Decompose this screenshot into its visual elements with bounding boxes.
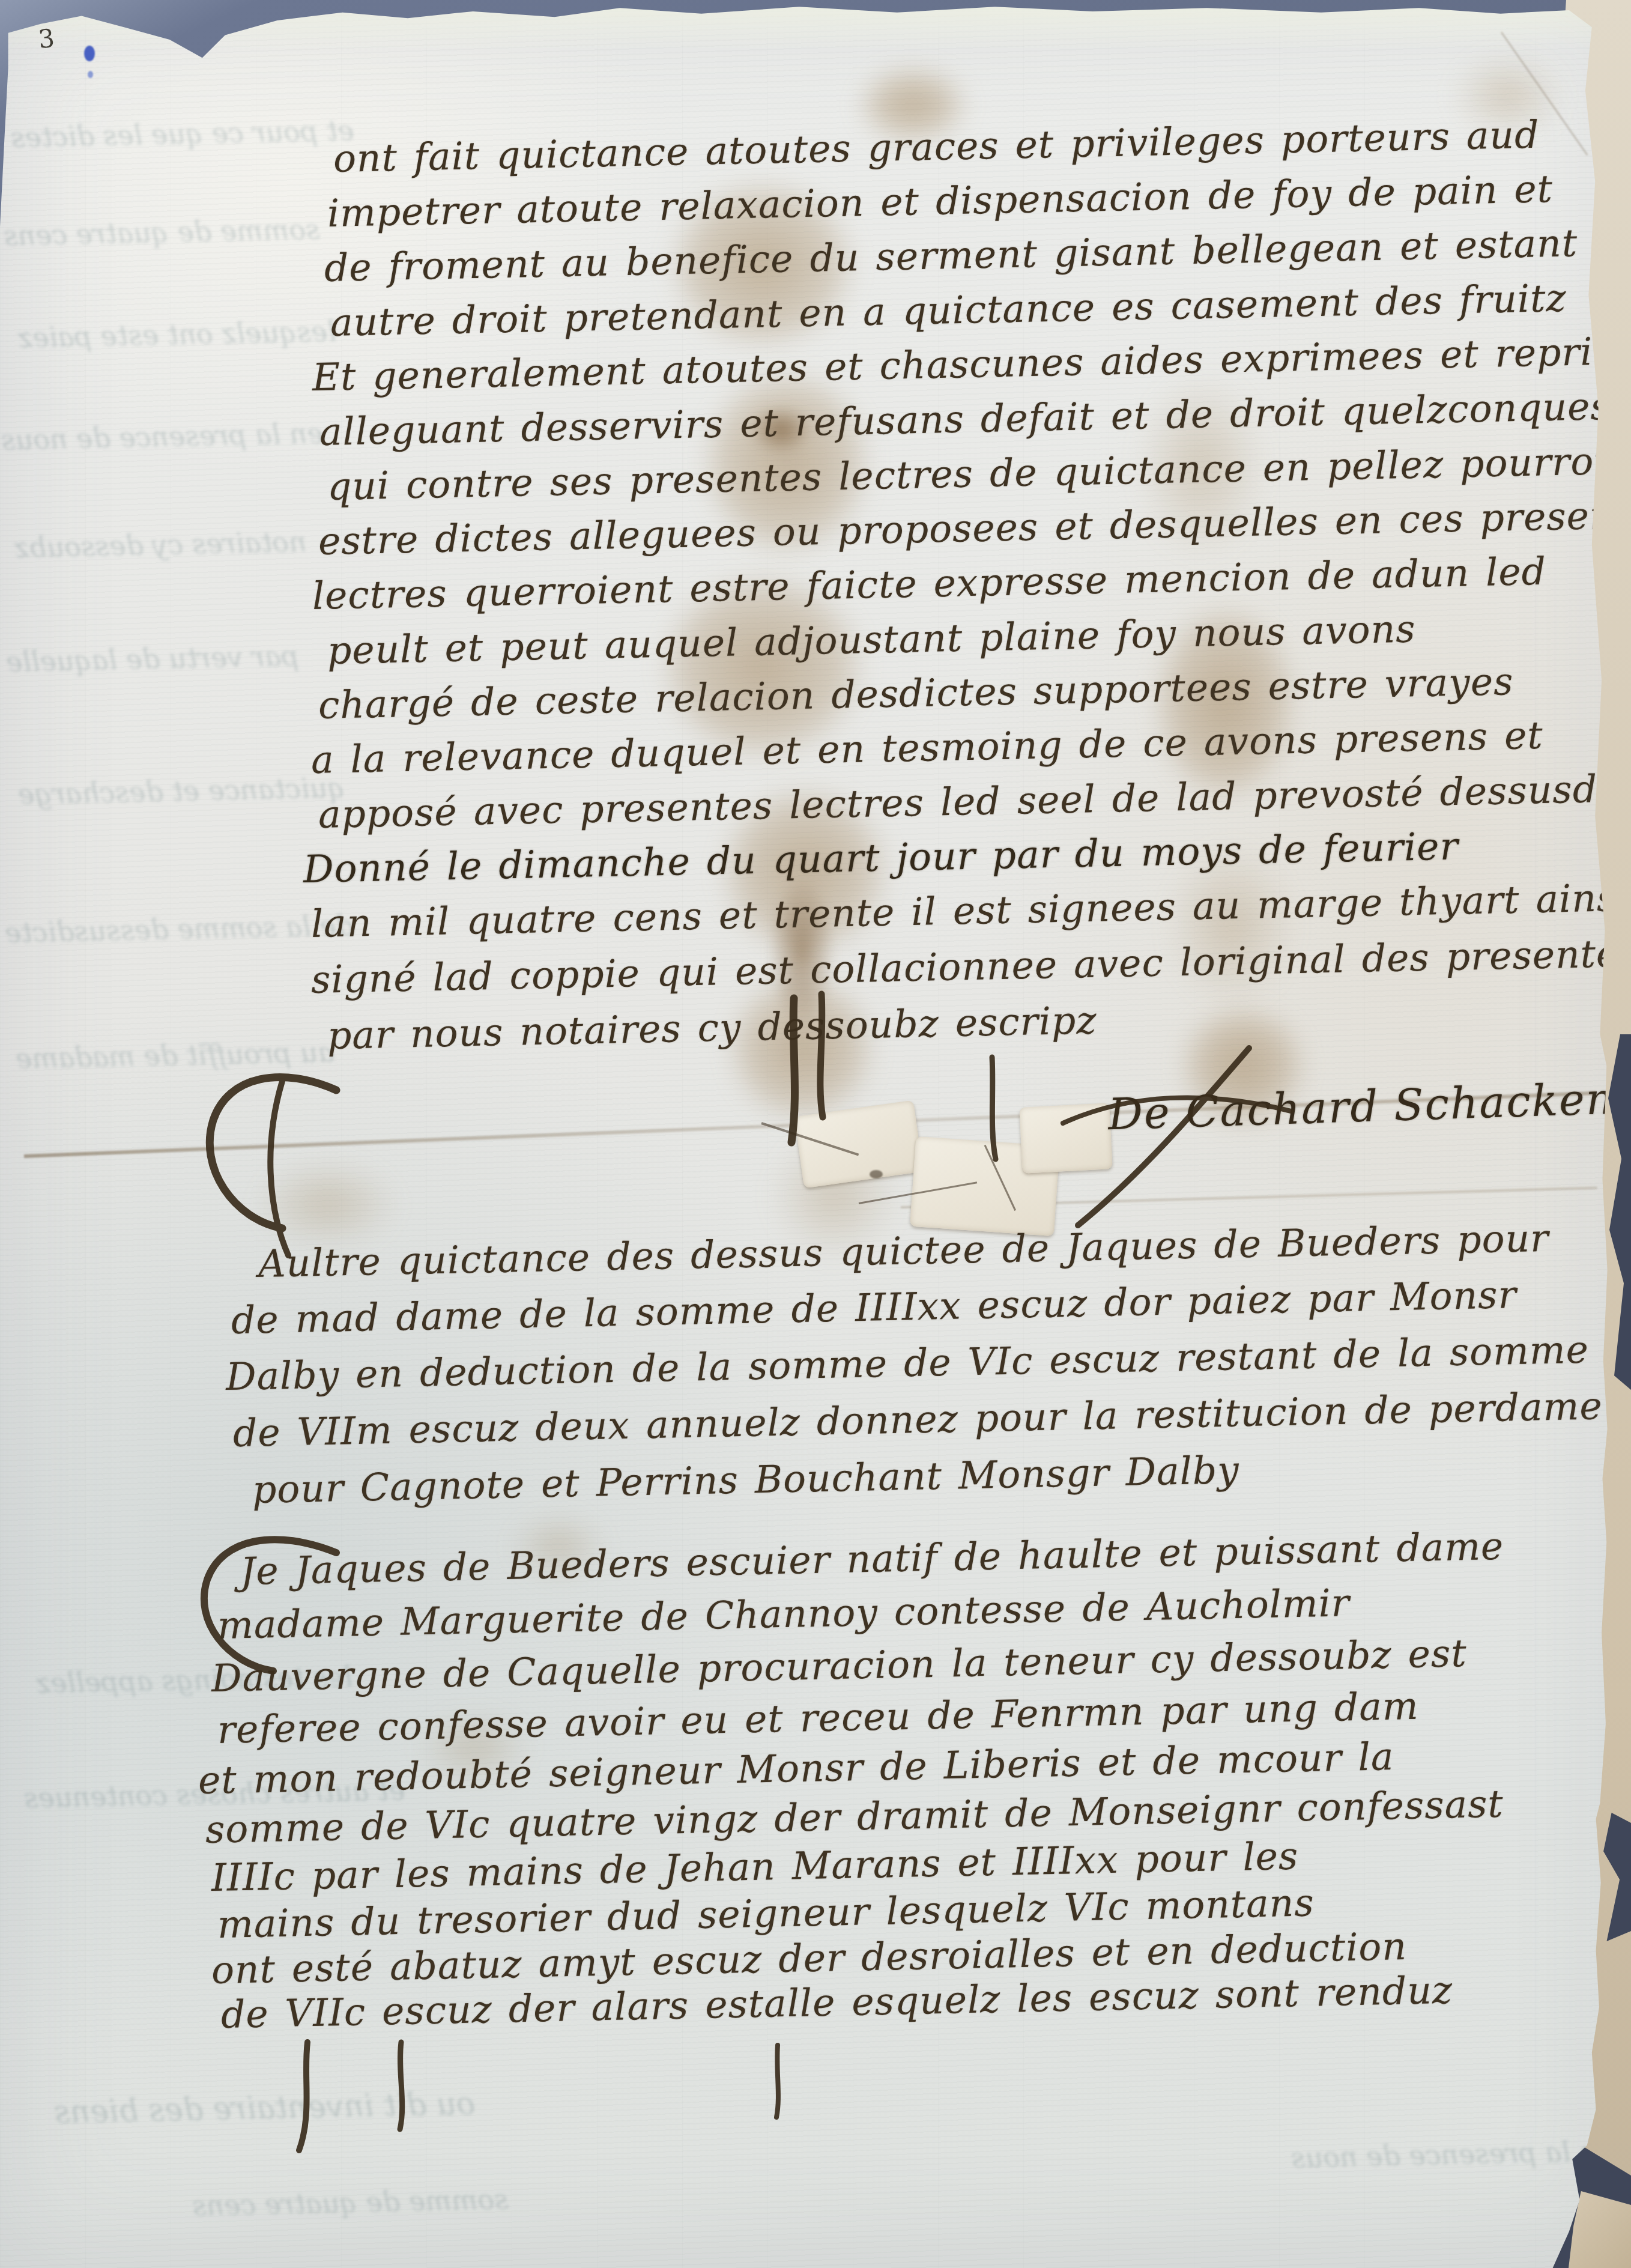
manuscript-page: et pour ce que les dictes somme de quatr…	[0, 0, 1631, 2268]
manuscript-photo: et pour ce que les dictes somme de quatr…	[0, 0, 1631, 2268]
photo-vignette	[0, 0, 1631, 2268]
